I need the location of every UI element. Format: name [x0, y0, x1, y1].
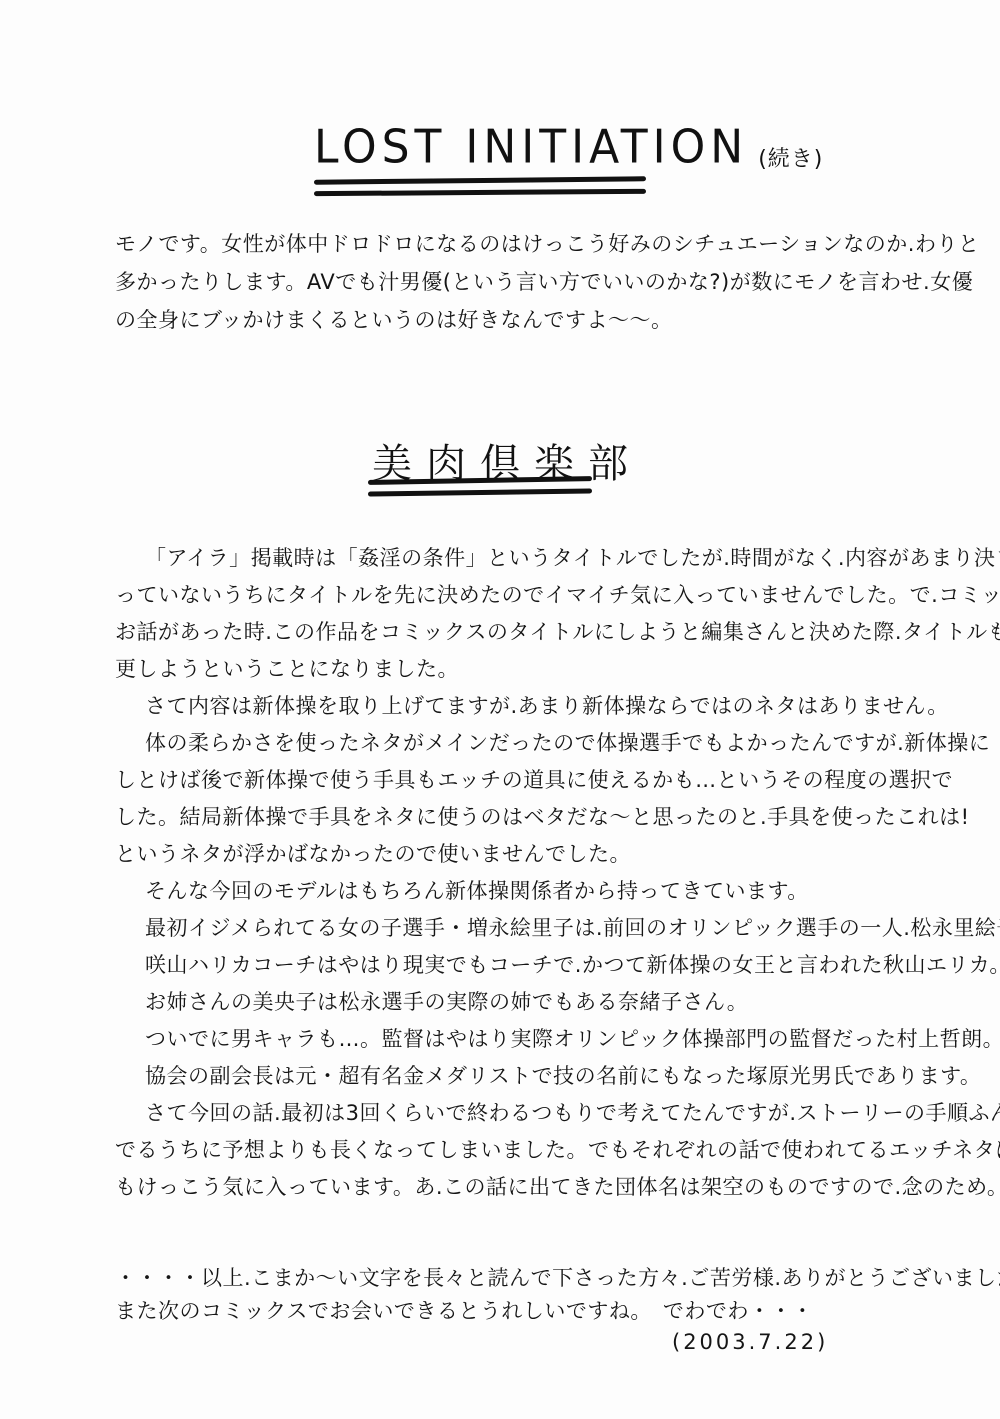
- body-line: っていないうちにタイトルを先に決めたのでイマイチ気に入っていませんでした。で.コ…: [115, 581, 1000, 609]
- heading-underline: [314, 176, 646, 184]
- body-line: の全身にブッかけまくるというのは好きなんですよ〜〜。: [115, 306, 673, 334]
- body-line: というネタが浮かばなかったので使いませんでした。: [115, 840, 631, 868]
- signoff-date: (2003.7.22): [672, 1330, 828, 1354]
- afterword-page: LOST INITIATION(続き) モノです。女性が体中ドロドロになるのはけ…: [0, 0, 1000, 1419]
- body-line: でるうちに予想よりも長くなってしまいました。でもそれぞれの話で使われてるエッチネ…: [115, 1136, 1000, 1164]
- body-line: お話があった時.この作品をコミックスのタイトルにしようと編集さんと決めた際.タイ…: [115, 618, 1000, 646]
- heading-underline: [368, 488, 592, 496]
- body-line: しとけば後で新体操で使う手具もエッチの道具に使えるかも…というその程度の選択で: [115, 766, 953, 794]
- body-line: 更しようということになりました。: [115, 655, 459, 683]
- body-line: もけっこう気に入っています。あ.この話に出てきた団体名は架空のものですので.念の…: [115, 1173, 1000, 1201]
- closing-line: ・・・・以上.こまか〜い文字を長々と読んで下さった方々.ご苦労様.ありがとうござ…: [115, 1264, 1000, 1292]
- body-line: 協会の副会長は元・超有名金メダリストで技の名前にもなった塚原光男氏であります。: [145, 1062, 981, 1090]
- body-line: 咲山ハリカコーチはやはり現実でもコーチで.かつて新体操の女王と言われた秋山エリカ…: [145, 951, 1000, 979]
- body-line: 多かったりします。AVでも汁男優(という言い方でいいのかな?)が数にモノを言わせ…: [115, 268, 973, 296]
- body-line: さて内容は新体操を取り上げてますが.あまり新体操ならではのネタはありません。: [145, 692, 949, 720]
- body-line: した。結局新体操で手具をネタに使うのはベタだな〜と思ったのと.手具を使ったこれは…: [115, 803, 970, 831]
- body-line: そんな今回のモデルはもちろん新体操関係者から持ってきています。: [145, 877, 809, 905]
- section-heading-lost-initiation: LOST INITIATION(続き): [314, 122, 823, 173]
- body-line: 体の柔らかさを使ったネタがメインだったので体操選手でもよかったんですが.新体操に: [145, 729, 990, 757]
- heading-underline: [314, 189, 646, 196]
- closing-line: また次のコミックスでお会いできるとうれしいですね。 でわでわ・・・: [115, 1297, 813, 1325]
- section-title: LOST INITIATION: [314, 121, 748, 175]
- body-line: 最初イジメられてる女の子選手・増永絵里子は.前回のオリンピック選手の一人.松永里…: [145, 914, 1000, 942]
- section-title-suffix: (続き): [758, 142, 823, 173]
- body-line: ついでに男キャラも…。監督はやはり実際オリンピック体操部門の監督だった村上哲朗。: [145, 1025, 1000, 1053]
- body-line: さて今回の話.最初は3回くらいで終わるつもりで考えてたんですが.ストーリーの手順…: [145, 1099, 1000, 1127]
- body-line: 「アイラ」掲載時は「姦淫の条件」というタイトルでしたが.時間がなく.内容があまり…: [145, 544, 1000, 572]
- body-line: お姉さんの美央子は松永選手の実際の姉でもある奈緒子さん。: [145, 988, 748, 1016]
- body-line: モノです。女性が体中ドロドロになるのはけっこう好みのシチュエーションなのか.わり…: [115, 230, 979, 258]
